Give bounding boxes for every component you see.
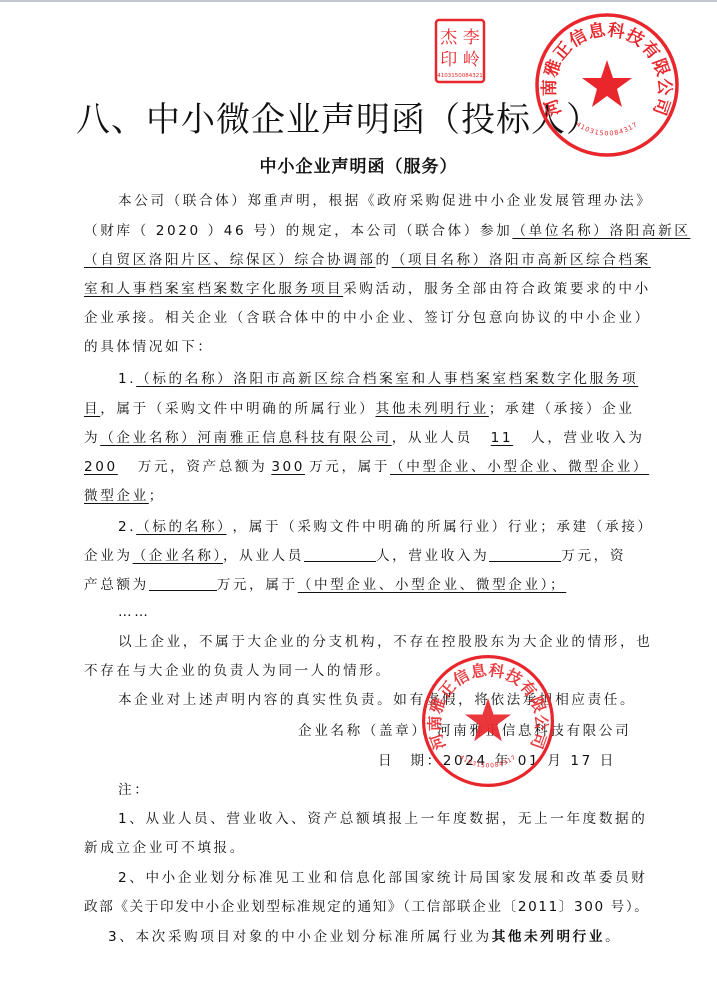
item1-line: 微型企业；	[84, 487, 165, 505]
item1-line: 为（企业名称）河南雅正信息科技有限公司，从业人员11人，营业收入为	[84, 429, 645, 447]
text: （财库（ 2020 ）46 号）的规定，本公司（联合体）参加	[84, 223, 512, 239]
text: ，属于（采购文件中明确的所属行业）	[100, 401, 375, 417]
paragraph-line: 的具体情况如下：	[84, 338, 214, 356]
note-line: 新成立企业可不填报。	[84, 839, 246, 857]
note-line: 政部《关于印发中小企业划型标准规定的通知》（工信部联企业〔2011〕300 号）…	[84, 898, 649, 916]
employees-field: 11	[473, 430, 532, 446]
company-name-field: （企业名称）	[133, 548, 223, 564]
text: 为	[84, 430, 100, 446]
text: 3、本次采购项目对象的中小企业划分标准所属行业为	[108, 929, 492, 945]
note-line: 2、中小企业划分标准见工业和信息化部国家统计局国家发展和改革委员财	[118, 869, 647, 887]
project-name-field: （项目名称）洛阳市高新区综合档案	[392, 252, 651, 268]
company-seal-stamp-signature: 河南雅正信息科技有限公司 4103150084317	[419, 652, 557, 790]
paragraph-line: 本公司（联合体）郑重声明，根据《政府采购促进中小企业发展管理办法》	[118, 192, 652, 210]
page-title: 八、中小微企业声明函（投标人）	[76, 92, 601, 141]
text: 万元，属于	[217, 577, 298, 593]
unit-name-field: （单位名称）洛阳高新区	[512, 223, 690, 239]
note-line: 3、本次采购项目对象的中小企业划分标准所属行业为其他未列明行业。	[108, 928, 621, 946]
unit-name-field: （自贸区洛阳片区、综保区）综合协调部	[84, 252, 376, 268]
personal-seal-stamp: 杰 李 印 岭 4103150084321	[434, 18, 486, 84]
size-options-field: （中型企业、小型企业、微型企业）；	[298, 577, 567, 593]
text: ，属于（采购文件中明确的所属行业）行业；承建（承接）	[233, 519, 654, 535]
size-options-field: （中型企业、小型企业、微型企业）	[390, 459, 649, 475]
company-seal-stamp: 河南雅正信息科技有限公司 4103150084317	[532, 10, 682, 160]
item-number: 2.	[118, 519, 136, 535]
text: 。	[605, 929, 621, 945]
paragraph-line: 企业承接。相关企业（含联合体中的中小企业、签订分包意向协议的中小企业）	[84, 309, 651, 327]
text: 人，营业收入为	[531, 430, 644, 446]
paragraph-line: 室和人事档案室档案数字化服务项目采购活动，服务全部由符合政策要求的中小	[84, 280, 651, 298]
text: 企业为	[84, 548, 133, 564]
subject-name-field: （标的名称）洛阳市高新区综合档案室和人事档案室档案数字化服务项	[136, 371, 638, 387]
subject-name-field: 目	[84, 401, 100, 417]
paragraph-line: （财库（ 2020 ）46 号）的规定，本公司（联合体）参加（单位名称）洛阳高新…	[84, 222, 690, 240]
item2-line: 企业为（企业名称），从业人员人，营业收入为万元，资	[84, 547, 626, 565]
item-number: 1.	[118, 371, 136, 387]
industry-emphasis: 其他未列明行业	[492, 929, 605, 945]
notes-label: 注：	[118, 781, 150, 799]
assets-blank	[149, 576, 217, 591]
text: 人，营业收入为	[376, 548, 489, 564]
svg-text:4103150084317: 4103150084317	[458, 754, 518, 770]
item2-line: 产总额为万元，属于（中型企业、小型企业、微型企业）；	[84, 576, 566, 594]
text: ；承建（承接）企业	[489, 401, 635, 417]
text: ，从业人员	[223, 548, 304, 564]
employees-blank	[304, 547, 376, 562]
revenue-field: 200	[84, 459, 138, 475]
text: ；	[149, 488, 165, 504]
paragraph-line: 不存在与大企业的负责人为同一人的情形。	[84, 662, 392, 680]
note-line: 1、从业人员、营业收入、资产总额填报上一年度数据，无上一年度数据的	[118, 810, 647, 828]
text: 万元，属于	[309, 459, 390, 475]
item2-line: 2.（标的名称），属于（采购文件中明确的所属行业）行业；承建（承接）	[118, 518, 654, 536]
text: 采购活动，服务全部由符合政策要求的中小	[343, 281, 651, 297]
text: 万元，资	[561, 548, 626, 564]
industry-field: 其他未列明行业	[376, 401, 489, 417]
paragraph-line: 以上企业，不属于大企业的分支机构，不存在控股股东为大企业的情形，也	[118, 633, 652, 651]
paragraph-line: （自贸区洛阳片区、综保区）综合协调部的（项目名称）洛阳市高新区综合档案	[84, 251, 651, 269]
enterprise-size-field: 微型企业	[84, 488, 149, 504]
item1-line: 目，属于（采购文件中明确的所属行业）其他未列明行业；承建（承接）企业	[84, 400, 635, 418]
text: 的	[376, 252, 392, 268]
project-name-field: 室和人事档案室档案数字化服务项目	[84, 281, 343, 297]
assets-field: 300	[267, 459, 309, 475]
svg-text:杰 李: 杰 李	[440, 28, 479, 48]
item1-line: 1.（标的名称）洛阳市高新区综合档案室和人事档案室档案数字化服务项	[118, 370, 638, 388]
top-border	[0, 0, 717, 2]
ellipsis: ……	[118, 603, 150, 621]
text: ，从业人员	[392, 430, 473, 446]
text: 万元，资产总额为	[138, 459, 268, 475]
svg-text:4103150084321: 4103150084321	[437, 73, 483, 79]
revenue-blank	[489, 547, 561, 562]
svg-text:4103150084317: 4103150084317	[575, 120, 640, 137]
paragraph-line: 本企业对上述声明内容的真实性负责。如有虚假，将依法承担相应责任。	[118, 691, 636, 709]
company-name-field: （企业名称）河南雅正信息科技有限公司	[100, 430, 392, 446]
item1-line: 200万元，资产总额为300万元，属于（中型企业、小型企业、微型企业）	[84, 458, 649, 476]
svg-text:印 岭: 印 岭	[440, 50, 479, 70]
text: 产总额为	[84, 577, 149, 593]
subject-name-field: （标的名称）	[136, 519, 232, 535]
